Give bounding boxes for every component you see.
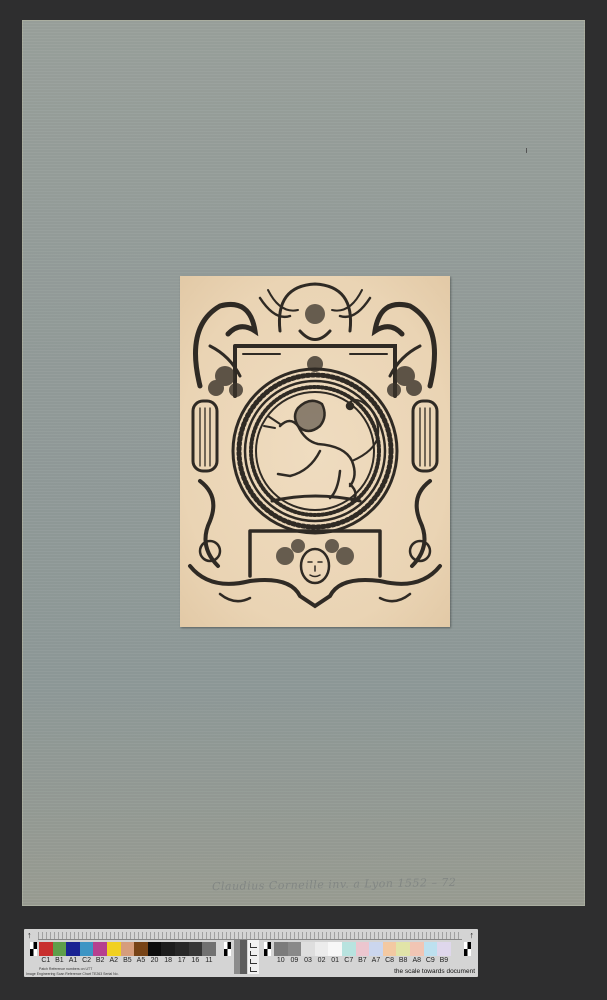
color-patch	[288, 942, 302, 956]
color-patch	[369, 942, 383, 956]
scale-caption: the scale towards document	[394, 968, 475, 975]
color-calibration-strip: ↑ ↑ C1B1A1C2B2A2B5A52018171611 100903020…	[24, 929, 478, 977]
registration-target	[224, 942, 231, 956]
color-patch	[121, 942, 135, 956]
color-patch	[356, 942, 370, 956]
color-patch	[301, 942, 315, 956]
patch-label: C7	[342, 957, 356, 964]
patch-label: C8	[383, 957, 397, 964]
color-patch	[202, 942, 216, 956]
up-arrow-icon: ↑	[27, 931, 32, 940]
right-color-patches	[274, 942, 451, 956]
patch-label: A5	[134, 957, 148, 964]
patch-label: B7	[356, 957, 370, 964]
patch-label: A1	[66, 957, 80, 964]
patch-label: 17	[175, 957, 189, 964]
patch-label: B9	[437, 957, 451, 964]
registration-target	[264, 942, 271, 956]
color-patch	[328, 942, 342, 956]
color-patch	[342, 942, 356, 956]
board-mark	[526, 148, 527, 153]
patch-label: 18	[161, 957, 175, 964]
color-patch	[189, 942, 203, 956]
color-patch	[315, 942, 329, 956]
color-patch	[274, 942, 288, 956]
patch-label: 09	[288, 957, 302, 964]
color-patch	[66, 942, 80, 956]
patch-label: 16	[189, 957, 203, 964]
patch-label: C2	[80, 957, 94, 964]
color-patch	[53, 942, 67, 956]
patch-label: 10	[274, 957, 288, 964]
grey-wedge	[234, 940, 247, 974]
patch-label: 20	[148, 957, 162, 964]
patch-label: B5	[121, 957, 135, 964]
up-arrow-icon: ↑	[470, 931, 475, 940]
patch-label: 02	[315, 957, 329, 964]
patch-label: A2	[107, 957, 121, 964]
color-patch	[424, 942, 438, 956]
patch-label: B2	[93, 957, 107, 964]
color-patch	[396, 942, 410, 956]
color-patch	[80, 942, 94, 956]
left-patch-labels: C1B1A1C2B2A2B5A52018171611	[39, 957, 216, 964]
color-patch	[107, 942, 121, 956]
patch-label: B8	[396, 957, 410, 964]
resolution-card	[248, 940, 259, 974]
patch-label: C9	[424, 957, 438, 964]
color-patch	[383, 942, 397, 956]
right-patch-labels: 1009030201C7B7A7C8B8A8C9B9	[274, 957, 451, 964]
left-color-patches	[39, 942, 216, 956]
color-patch	[148, 942, 162, 956]
color-patch	[134, 942, 148, 956]
registration-target	[464, 942, 471, 956]
patch-label: C1	[39, 957, 53, 964]
registration-target	[30, 942, 37, 956]
patch-label: A8	[410, 957, 424, 964]
color-patch	[437, 942, 451, 956]
patch-label: 11	[202, 957, 216, 964]
patch-label: 01	[328, 957, 342, 964]
color-patch	[39, 942, 53, 956]
chart-footer: Image Engineering Scan Reference Chart T…	[26, 972, 119, 976]
woodcut-print	[180, 276, 450, 627]
color-patch	[410, 942, 424, 956]
color-patch	[161, 942, 175, 956]
patch-label: A7	[369, 957, 383, 964]
color-patch	[175, 942, 189, 956]
patch-note: Patch Reference numbers on UTT	[39, 967, 92, 971]
patch-label: 03	[301, 957, 315, 964]
mm-ruler	[38, 932, 462, 939]
ornament-artwork	[180, 276, 450, 627]
color-patch	[93, 942, 107, 956]
patch-label: B1	[53, 957, 67, 964]
